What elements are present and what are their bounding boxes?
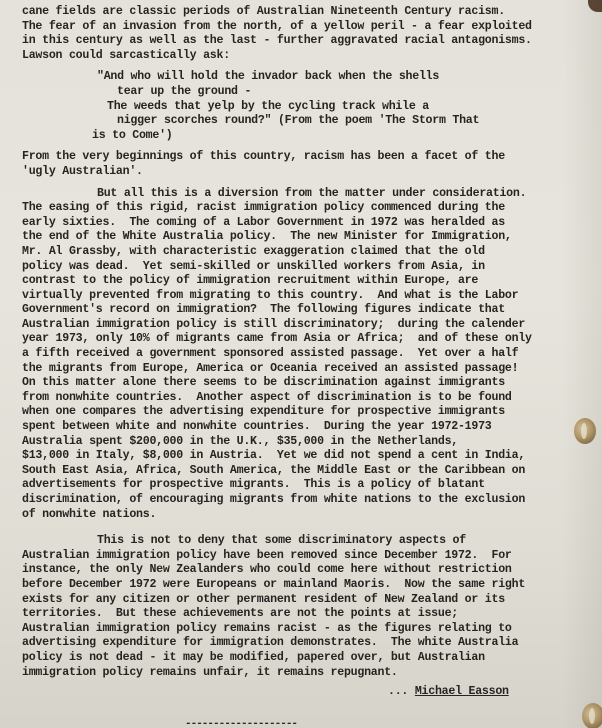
signature-prefix: ... <box>388 685 415 698</box>
quote-line: nigger scorches round?" (From the poem '… <box>22 114 592 129</box>
text-line: Australia spent $200,000 in the U.K., $3… <box>22 435 592 450</box>
conclusion-paragraph: This is not to deny that some discrimina… <box>22 534 592 680</box>
text-line: The fear of an invasion from the north, … <box>22 20 592 35</box>
text-line: On this matter alone there seems to be d… <box>22 376 592 391</box>
text-line: Australian immigration policy is still d… <box>22 318 592 333</box>
text-line: a fifth received a government sponsored … <box>22 347 592 362</box>
text-line: The easing of this rigid, racist immigra… <box>22 201 592 216</box>
text-line: Australian immigration policy remains ra… <box>22 622 592 637</box>
punch-hole-icon <box>574 418 596 444</box>
text-line: the end of the White Australia policy. T… <box>22 230 592 245</box>
text-line: year 1973, only 10% of migrants came fro… <box>22 332 592 347</box>
quote-line: is to Come') <box>22 129 592 144</box>
quote-line: "And who will hold the invador back when… <box>22 70 592 85</box>
text-line: advertisements for prospective migrants.… <box>22 478 592 493</box>
text-line: cane fields are classic periods of Austr… <box>22 5 592 20</box>
text-line: advertising expenditure for immigration … <box>22 636 592 651</box>
text-line: instance, the only New Zealanders who co… <box>22 563 592 578</box>
text-line: before December 1972 were Europeans or m… <box>22 578 592 593</box>
text-line: immigration policy remains unfair, it re… <box>22 666 592 681</box>
immigration-paragraph: But all this is a diversion from the mat… <box>22 187 592 523</box>
text-line: But all this is a diversion from the mat… <box>22 187 592 202</box>
text-line: $13,000 in Italy, $8,000 in Austria. Yet… <box>22 449 592 464</box>
author-name: Michael Easson <box>415 685 509 698</box>
text-line: in this century as well as the last - fu… <box>22 34 592 49</box>
text-line: territories. But these achievements are … <box>22 607 592 622</box>
text-line: Mr. Al Grassby, with characteristic exag… <box>22 245 592 260</box>
text-line: policy was dead. Yet semi-skilled or uns… <box>22 260 592 275</box>
text-line: when one compares the advertising expend… <box>22 405 592 420</box>
text-line: the migrants from Europe, America or Oce… <box>22 362 592 377</box>
text-line: from nonwhite countries. Another aspect … <box>22 391 592 406</box>
text-line: contrast to the policy of immigration re… <box>22 274 592 289</box>
text-line: spent between white and nonwhite countri… <box>22 420 592 435</box>
ugly-australian-paragraph: From the very beginnings of this country… <box>22 150 592 179</box>
text-line: South East Asia, Africa, South America, … <box>22 464 592 479</box>
quote-line: The weeds that yelp by the cycling track… <box>22 100 592 115</box>
text-line: 'ugly Australian'. <box>22 165 592 180</box>
text-line: exists for any citizen or other permanen… <box>22 593 592 608</box>
poem-quote: "And who will hold the invador back when… <box>22 70 592 143</box>
text-line: Australian immigration policy have been … <box>22 549 592 564</box>
text-line: of nonwhite nations. <box>22 508 592 523</box>
text-line: Lawson could sarcastically ask: <box>22 49 592 64</box>
text-line: From the very beginnings of this country… <box>22 150 592 165</box>
punch-hole-icon <box>582 703 602 728</box>
text-line: virtually prevented from migrating to th… <box>22 289 592 304</box>
document-page: cane fields are classic periods of Austr… <box>0 0 602 728</box>
intro-paragraph: cane fields are classic periods of Austr… <box>22 5 592 63</box>
text-line: policy is not dead - it may be modified,… <box>22 651 592 666</box>
text-line: Government's record on immigration? The … <box>22 303 592 318</box>
text-line: early sixties. The coming of a Labor Gov… <box>22 216 592 231</box>
quote-line: tear up the ground - <box>22 85 592 100</box>
text-line: discrimination, of encouraging migrants … <box>22 493 592 508</box>
typewritten-text: cane fields are classic periods of Austr… <box>22 5 592 700</box>
signature: ... Michael Easson <box>22 685 592 700</box>
dashed-divider: -------------------- <box>185 718 297 728</box>
text-line: This is not to deny that some discrimina… <box>22 534 592 549</box>
